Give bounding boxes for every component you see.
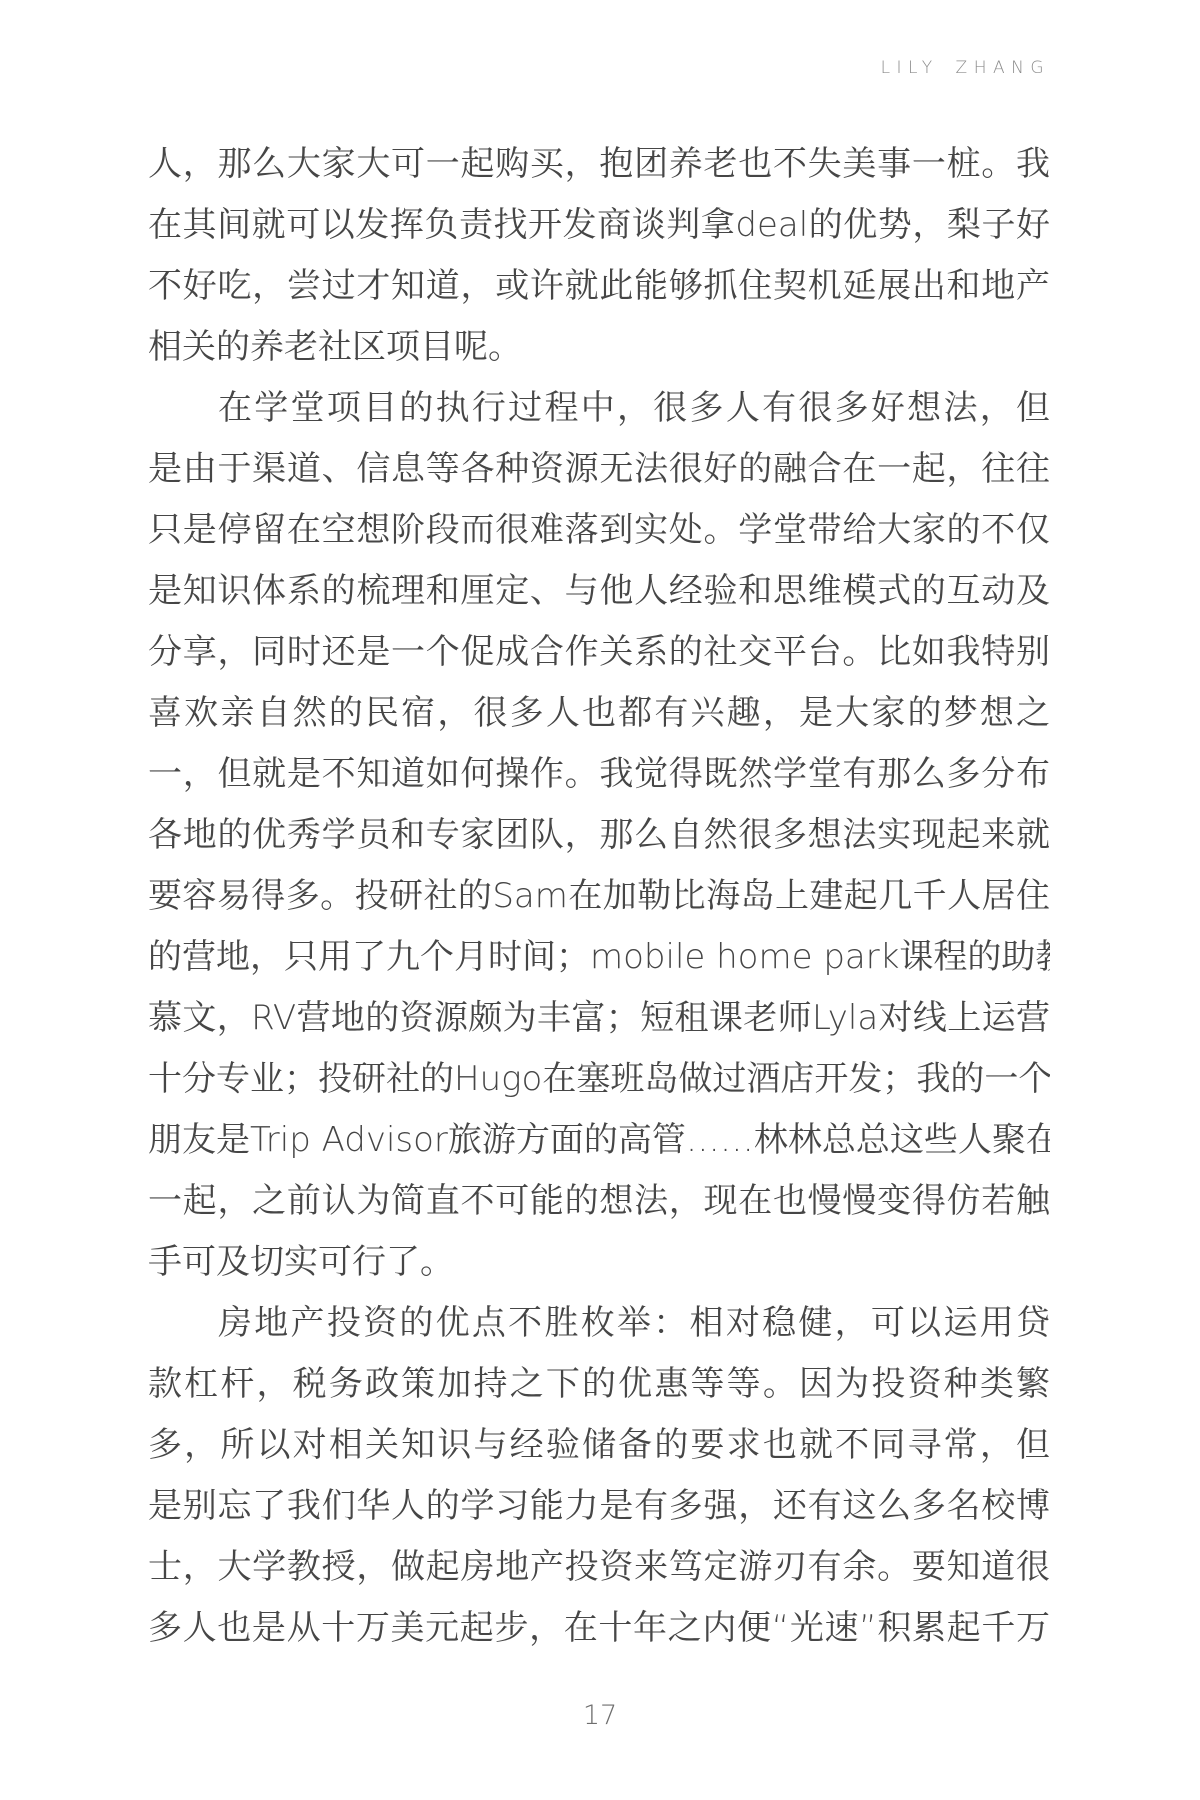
text-line: 是知识体系的梳理和厘定、与他人经验和思维模式的互动及 (148, 561, 1050, 622)
text-line: 在其间就可以发挥负责找开发商谈判拿deal的优势，梨子好 (148, 195, 1050, 256)
book-page: LILY ZHANG 人，那么大家大可一起购买，抱团养老也不失美事一桩。我在其间… (0, 0, 1200, 1800)
text-line: 士，大学教授，做起房地产投资来笃定游刃有余。要知道很 (148, 1537, 1050, 1598)
text-line: 慕文，RV营地的资源颇为丰富；短租课老师Lyla对线上运营 (148, 988, 1050, 1049)
page-footer: 17 (0, 1700, 1200, 1731)
text-line: 房地产投资的优点不胜枚举：相对稳健，可以运用贷 (148, 1293, 1050, 1354)
page-header: LILY ZHANG (881, 58, 1050, 78)
text-line: 十分专业；投研社的Hugo在塞班岛做过酒店开发；我的一个 (148, 1049, 1050, 1110)
text-line: 一，但就是不知道如何操作。我觉得既然学堂有那么多分布 (148, 744, 1050, 805)
text-line: 分享，同时还是一个促成合作关系的社交平台。比如我特别 (148, 622, 1050, 683)
text-line: 各地的优秀学员和专家团队，那么自然很多想法实现起来就 (148, 805, 1050, 866)
text-line: 在学堂项目的执行过程中，很多人有很多好想法，但 (148, 378, 1050, 439)
page-number: 17 (583, 1700, 617, 1731)
text-line: 朋友是Trip Advisor旅游方面的高管……林林总总这些人聚在 (148, 1110, 1050, 1171)
text-line: 多，所以对相关知识与经验储备的要求也就不同寻常，但 (148, 1415, 1050, 1476)
body-text: 人，那么大家大可一起购买，抱团养老也不失美事一桩。我在其间就可以发挥负责找开发商… (148, 134, 1050, 1659)
text-line: 是别忘了我们华人的学习能力是有多强，还有这么多名校博 (148, 1476, 1050, 1537)
text-line: 一起，之前认为简直不可能的想法，现在也慢慢变得仿若触 (148, 1171, 1050, 1232)
text-line: 款杠杆，税务政策加持之下的优惠等等。因为投资种类繁 (148, 1354, 1050, 1415)
text-line: 要容易得多。投研社的Sam在加勒比海岛上建起几千人居住 (148, 866, 1050, 927)
text-line: 相关的养老社区项目呢。 (148, 317, 1050, 378)
text-line: 手可及切实可行了。 (148, 1232, 1050, 1293)
text-line: 不好吃，尝过才知道，或许就此能够抓住契机延展出和地产 (148, 256, 1050, 317)
text-line: 只是停留在空想阶段而很难落到实处。学堂带给大家的不仅 (148, 500, 1050, 561)
text-line: 是由于渠道、信息等各种资源无法很好的融合在一起，往往 (148, 439, 1050, 500)
text-line: 喜欢亲自然的民宿，很多人也都有兴趣，是大家的梦想之 (148, 683, 1050, 744)
text-line: 的营地，只用了九个月时间；mobile home park课程的助教 (148, 927, 1050, 988)
text-line: 人，那么大家大可一起购买，抱团养老也不失美事一桩。我 (148, 134, 1050, 195)
text-line: 多人也是从十万美元起步，在十年之内便“光速”积累起千万 (148, 1598, 1050, 1659)
author-name: LILY ZHANG (881, 58, 1050, 78)
